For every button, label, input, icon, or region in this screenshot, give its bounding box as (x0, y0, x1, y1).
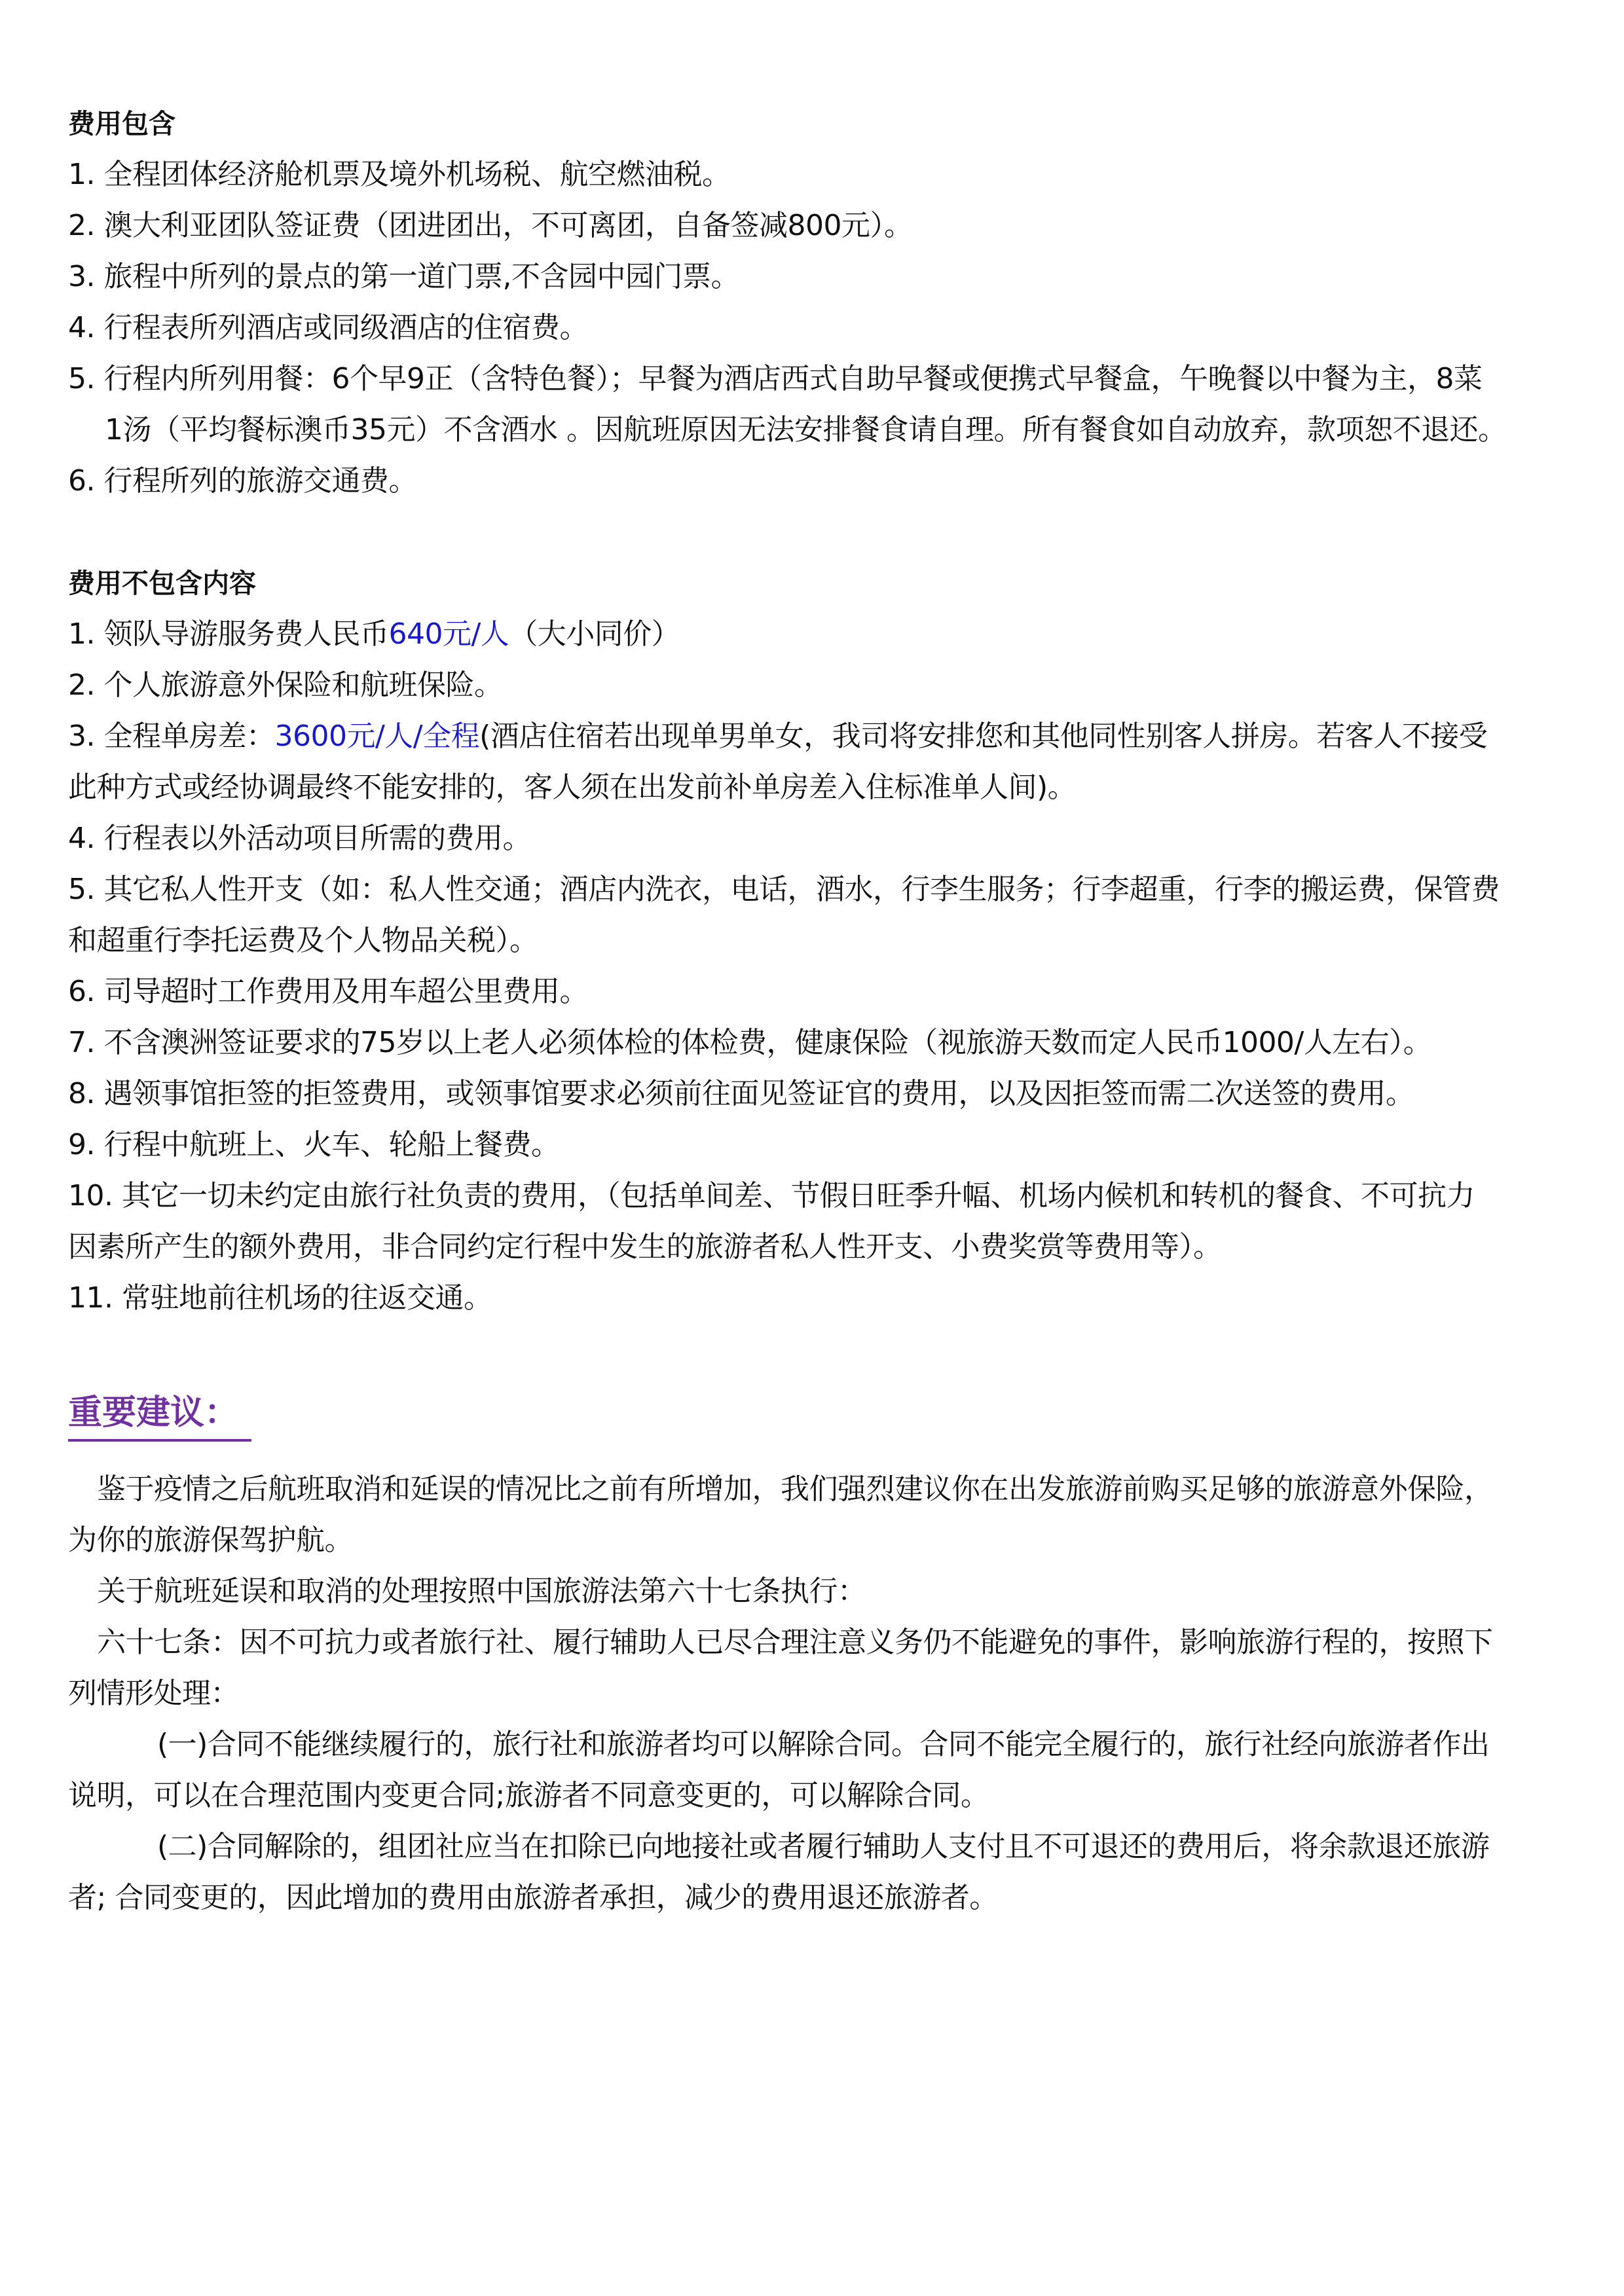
excluded-item-7: 7. 不含澳洲签证要求的75岁以上老人必须体检的体检费，健康保险（视旅游天数而定… (68, 1017, 1561, 1068)
excluded-item-5-line-2: 和超重行李托运费及个人物品关税）。 (68, 915, 1561, 966)
clause-1-line-2: 说明，可以在合理范围内变更合同;旅游者不同意变更的，可以解除合同。 (68, 1770, 1561, 1821)
important-advice-title: 重要建议： (68, 1387, 251, 1442)
excluded-item-3-suffix: (酒店住宿若出现单男单女，我司将安排您和其他同性别客人拼房。若客人不接受 (479, 720, 1487, 753)
clause-2-line-1: (二)合同解除的，组团社应当在扣除已向地接社或者履行辅助人支付且不可退还的费用后… (68, 1821, 1561, 1872)
advice-paragraph-1-line-1: 鉴于疫情之后航班取消和延误的情况比之前有所增加，我们强烈建议你在出发旅游前购买足… (68, 1464, 1561, 1515)
guide-fee-amount: 640元/人 (388, 617, 509, 651)
included-item-1: 1. 全程团体经济舱机票及境外机场税、航空燃油税。 (68, 149, 1561, 200)
advice-paragraph-2: 关于航班延误和取消的处理按照中国旅游法第六十七条执行： (68, 1566, 1561, 1617)
spacer (68, 1324, 1561, 1387)
included-item-5-line-1: 5. 行程内所列用餐：6个早9正（含特色餐）；早餐为酒店西式自助早餐或便携式早餐… (68, 354, 1561, 405)
included-item-3: 3. 旅程中所列的景点的第一道门票,不含园中园门票。 (68, 251, 1561, 302)
excluded-item-9: 9. 行程中航班上、火车、轮船上餐费。 (68, 1120, 1561, 1171)
document-page: 费用包含 1. 全程团体经济舱机票及境外机场税、航空燃油税。 2. 澳大利亚团队… (68, 98, 1561, 1923)
fees-included-title: 费用包含 (68, 98, 1561, 149)
excluded-item-4: 4. 行程表以外活动项目所需的费用。 (68, 813, 1561, 864)
excluded-item-1-suffix: （大小同价） (509, 617, 680, 651)
excluded-item-3-prefix: 3. 全程单房差： (68, 720, 274, 753)
clause-1-line-1: (一)合同不能继续履行的，旅行社和旅游者均可以解除合同。合同不能完全履行的，旅行… (68, 1719, 1561, 1770)
included-item-4: 4. 行程表所列酒店或同级酒店的住宿费。 (68, 302, 1561, 354)
included-item-5-line-2: 1汤（平均餐标澳币35元）不含酒水 。因航班原因无法安排餐食请自理。所有餐食如自… (68, 405, 1561, 456)
excluded-item-10-line-2: 因素所产生的额外费用，非合同约定行程中发生的旅游者私人性开支、小费奖赏等费用等）… (68, 1222, 1561, 1273)
fees-excluded-section: 费用不包含内容 1. 领队导游服务费人民币640元/人（大小同价） 2. 个人旅… (68, 558, 1561, 1324)
fees-included-section: 费用包含 1. 全程团体经济舱机票及境外机场税、航空燃油税。 2. 澳大利亚团队… (68, 98, 1561, 507)
article-67-line-2: 列情形处理： (68, 1668, 1561, 1719)
article-67-line-1: 六十七条：因不可抗力或者旅行社、履行辅助人已尽合理注意义务仍不能避免的事件，影响… (68, 1617, 1561, 1668)
important-advice-section: 重要建议： 鉴于疫情之后航班取消和延误的情况比之前有所增加，我们强烈建议你在出发… (68, 1387, 1561, 1923)
excluded-item-2: 2. 个人旅游意外保险和航班保险。 (68, 660, 1561, 711)
excluded-item-1: 1. 领队导游服务费人民币640元/人（大小同价） (68, 609, 1561, 660)
excluded-item-10-line-1: 10. 其它一切未约定由旅行社负责的费用，（包括单间差、节假日旺季升幅、机场内候… (68, 1171, 1561, 1222)
excluded-item-3-line-2: 此种方式或经协调最终不能安排的，客人须在出发前补单房差入住标准单人间)。 (68, 762, 1561, 813)
included-item-6: 6. 行程所列的旅游交通费。 (68, 456, 1561, 507)
included-item-2: 2. 澳大利亚团队签证费（团进团出，不可离团，自备签减800元）。 (68, 200, 1561, 251)
excluded-item-8: 8. 遇领事馆拒签的拒签费用，或领事馆要求必须前往面见签证官的费用，以及因拒签而… (68, 1068, 1561, 1120)
advice-paragraph-1-line-2: 为你的旅游保驾护航。 (68, 1515, 1561, 1566)
excluded-item-5-line-1: 5. 其它私人性开支（如：私人性交通；酒店内洗衣，电话，酒水，行李生服务；行李超… (68, 864, 1561, 915)
single-room-supplement-amount: 3600元/人/全程 (274, 720, 479, 753)
excluded-item-3-line-1: 3. 全程单房差：3600元/人/全程(酒店住宿若出现单男单女，我司将安排您和其… (68, 711, 1561, 762)
spacer (68, 507, 1561, 558)
excluded-item-11: 11. 常驻地前往机场的往返交通。 (68, 1273, 1561, 1324)
excluded-item-1-prefix: 1. 领队导游服务费人民币 (68, 617, 388, 651)
clause-2-line-2: 者; 合同变更的，因此增加的费用由旅游者承担，减少的费用退还旅游者。 (68, 1872, 1561, 1923)
excluded-item-6: 6. 司导超时工作费用及用车超公里费用。 (68, 966, 1561, 1017)
fees-excluded-title: 费用不包含内容 (68, 558, 1561, 609)
